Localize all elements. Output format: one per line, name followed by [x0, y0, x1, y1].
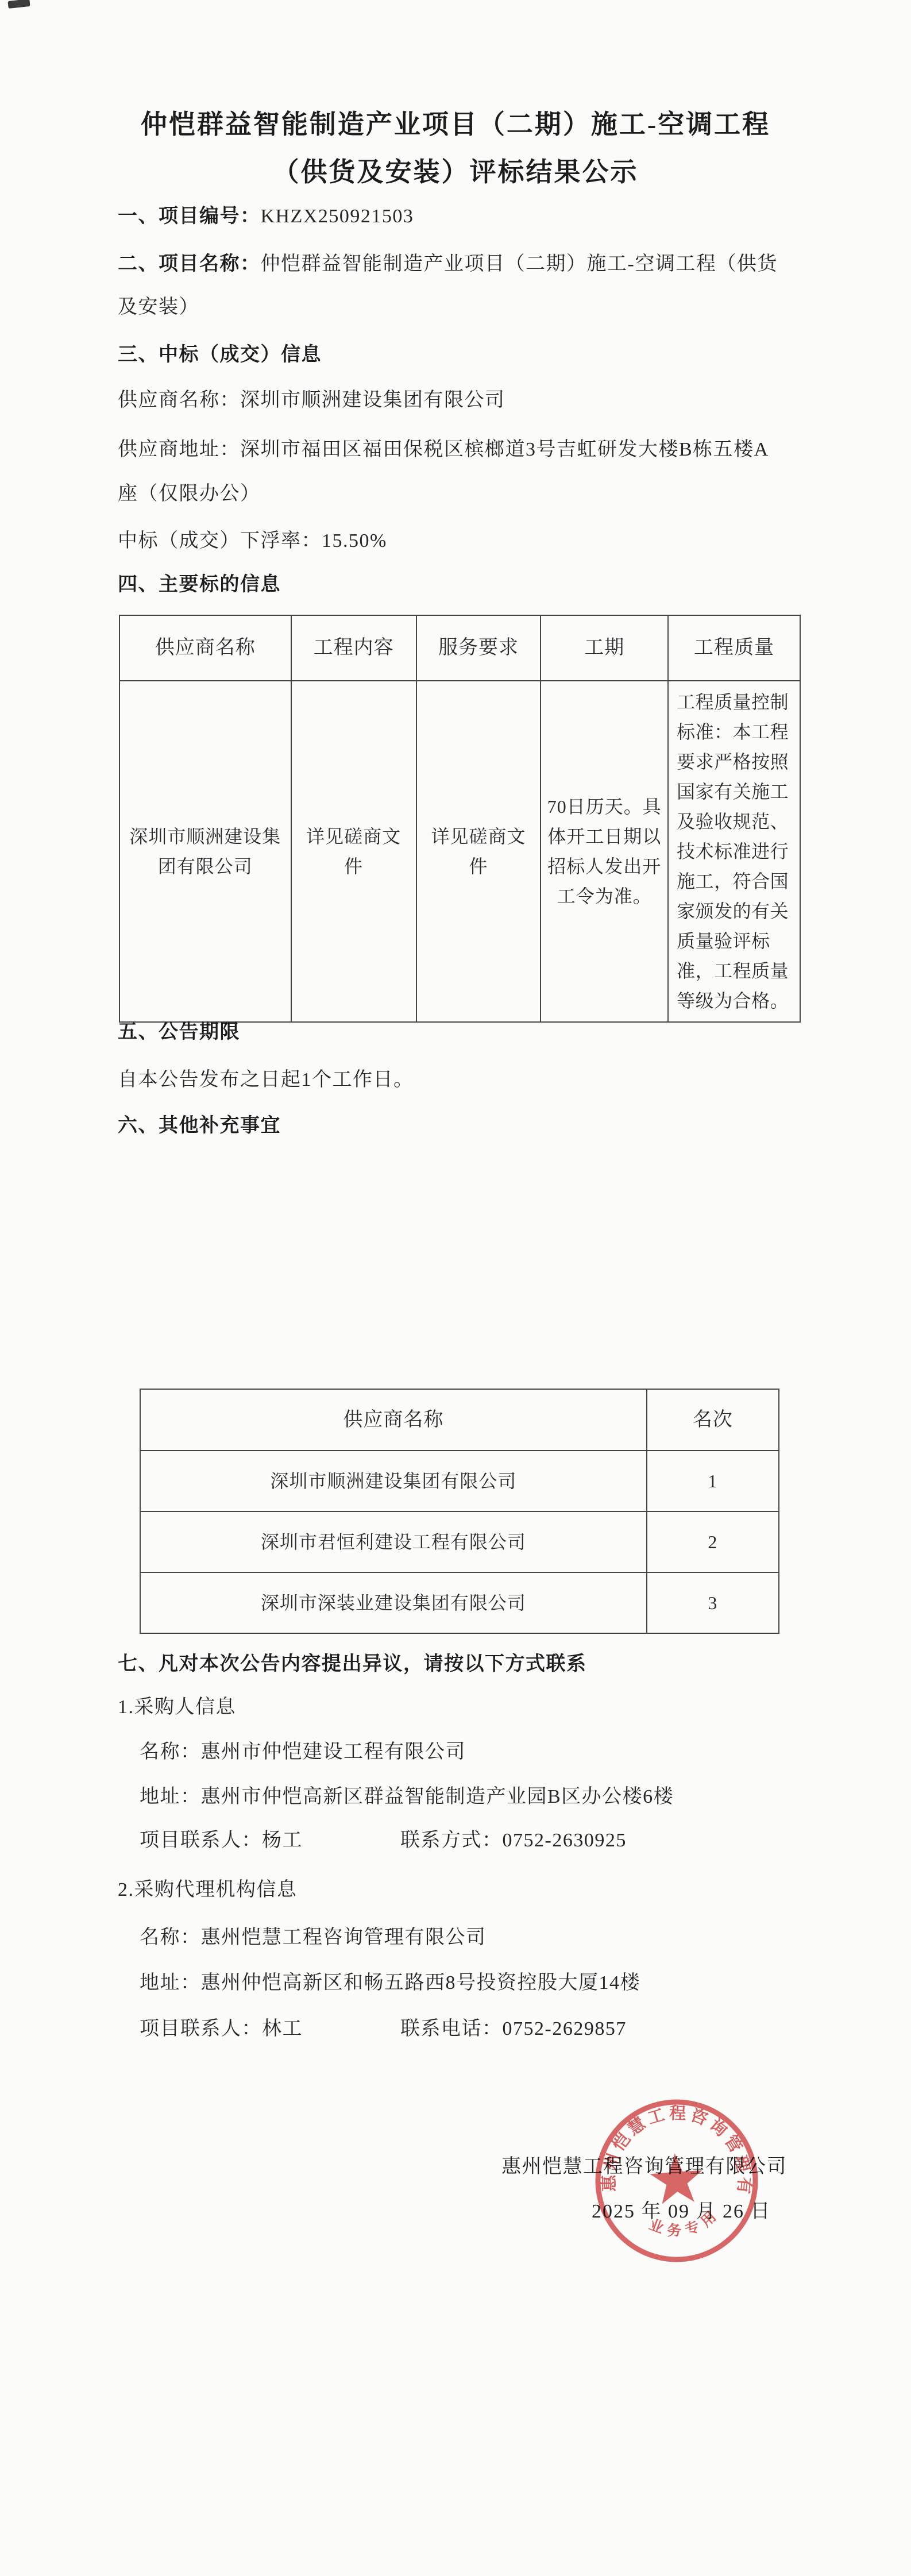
ranking-table: 供应商名称 名次 深圳市顺洲建设集团有限公司 1 深圳市君恒利建设工程有限公司 …: [140, 1389, 779, 1634]
section-heading-announcement-period: 五、公告期限: [118, 1017, 240, 1047]
section-heading-main-subject: 四、主要标的信息: [118, 570, 281, 600]
agency-contact-line: 项目联系人：林工联系电话：0752-2629857: [140, 2014, 627, 2044]
purchaser-info-heading: 1.采购人信息: [118, 1692, 236, 1722]
purchaser-phone: 联系方式：0752-2630925: [400, 1830, 627, 1851]
section-heading-objection: 七、凡对本次公告内容提出异议，请按以下方式联系: [118, 1649, 587, 1679]
ranking-row-3-rank: 3: [647, 1572, 779, 1633]
cell-duration: 70日历天。具体开工日期以招标人发出开工令为准。: [541, 681, 668, 1022]
main-subject-table-header-row: 供应商名称 工程内容 服务要求 工期 工程质量: [119, 615, 800, 681]
supplier-address-line2: 座（仅限办公）: [118, 479, 261, 509]
header-supplier-name: 供应商名称: [119, 615, 291, 681]
scan-artifact-speck: [7, 0, 30, 9]
section-project-number: 一、项目编号：KHZX250921503: [118, 202, 414, 232]
section-project-name: 二、项目名称：仲恺群益智能制造产业项目（二期）施工-空调工程（供货: [118, 249, 778, 279]
stamp-star-icon: [648, 2151, 704, 2205]
project-name-value-line1: 仲恺群益智能制造产业项目（二期）施工-空调工程（供货: [261, 253, 778, 275]
company-seal-stamp: 惠州恺慧工程咨询管理有限公司 业务专用章: [589, 2093, 764, 2268]
purchaser-address-line: 地址：惠州市仲恺高新区群益智能制造产业园B区办公楼6楼: [140, 1782, 674, 1812]
announcement-period-body: 自本公告发布之日起1个工作日。: [118, 1065, 414, 1095]
ranking-row-2-rank: 2: [647, 1511, 779, 1572]
section-heading-other-matters: 六、其他补充事宜: [118, 1111, 281, 1141]
ranking-row-3: 深圳市深装业建设集团有限公司 3: [140, 1572, 779, 1633]
cell-service: 详见磋商文件: [416, 681, 541, 1022]
section-heading-award-info: 三、中标（成交）信息: [118, 340, 322, 370]
project-number-value: KHZX250921503: [261, 206, 414, 227]
ranking-row-1-rank: 1: [647, 1451, 779, 1511]
agency-phone: 联系电话：0752-2629857: [400, 2018, 627, 2039]
main-subject-table-row: 深圳市顺洲建设集团有限公司 详见磋商文件 详见磋商文件 70日历天。具体开工日期…: [119, 681, 800, 1022]
document-title-line2: （供货及安装）评标结果公示: [0, 155, 911, 190]
agency-contact-person: 项目联系人：林工: [140, 2018, 303, 2039]
discount-rate-line: 中标（成交）下浮率：15.50%: [118, 526, 387, 556]
agency-name-line: 名称：惠州恺慧工程咨询管理有限公司: [140, 1923, 487, 1953]
ranking-row-2-supplier: 深圳市君恒利建设工程有限公司: [140, 1511, 647, 1572]
ranking-row-1-supplier: 深圳市顺洲建设集团有限公司: [140, 1451, 647, 1511]
ranking-header-supplier: 供应商名称: [140, 1389, 647, 1451]
project-name-label: 二、项目名称：: [118, 253, 261, 275]
cell-supplier-text: 深圳市顺洲建设集团有限公司: [127, 822, 284, 881]
purchaser-contact-line: 项目联系人：杨工联系方式：0752-2630925: [140, 1826, 627, 1856]
supplier-address-line1: 供应商地址：深圳市福田区福田保税区槟榔道3号吉虹研发大楼B栋五楼A: [118, 435, 769, 465]
header-duration: 工期: [541, 615, 668, 681]
ranking-row-2: 深圳市君恒利建设工程有限公司 2: [140, 1511, 779, 1572]
section-project-name-continuation: 及安装）: [118, 292, 199, 322]
agency-info-heading: 2.采购代理机构信息: [118, 1875, 298, 1905]
header-service-requirement: 服务要求: [416, 615, 541, 681]
header-project-content: 工程内容: [291, 615, 416, 681]
ranking-header-rank: 名次: [647, 1389, 779, 1451]
agency-address-line: 地址：惠州仲恺高新区和畅五路西8号投资控股大厦14楼: [140, 1968, 640, 1998]
ranking-table-header-row: 供应商名称 名次: [140, 1389, 779, 1451]
ranking-row-3-supplier: 深圳市深装业建设集团有限公司: [140, 1572, 647, 1633]
cell-quality: 工程质量控制标准：本工程要求严格按照国家有关施工及验收规范、技术标准进行施工，符…: [668, 681, 800, 1022]
purchaser-contact-person: 项目联系人：杨工: [140, 1830, 303, 1851]
main-subject-table: 供应商名称 工程内容 服务要求 工期 工程质量 深圳市顺洲建设集团有限公司 详见…: [119, 615, 801, 1023]
supplier-name-line: 供应商名称：深圳市顺洲建设集团有限公司: [118, 385, 505, 415]
project-number-label: 一、项目编号：: [118, 206, 261, 227]
cell-supplier: 深圳市顺洲建设集团有限公司: [119, 681, 291, 1022]
header-quality: 工程质量: [668, 615, 800, 681]
ranking-row-1: 深圳市顺洲建设集团有限公司 1: [140, 1451, 779, 1511]
cell-content: 详见磋商文件: [291, 681, 416, 1022]
document-page: 仲恺群益智能制造产业项目（二期）施工-空调工程 （供货及安装）评标结果公示 一、…: [0, 0, 911, 2576]
document-title-line1: 仲恺群益智能制造产业项目（二期）施工-空调工程: [0, 107, 911, 142]
purchaser-name-line: 名称：惠州市仲恺建设工程有限公司: [140, 1737, 466, 1767]
